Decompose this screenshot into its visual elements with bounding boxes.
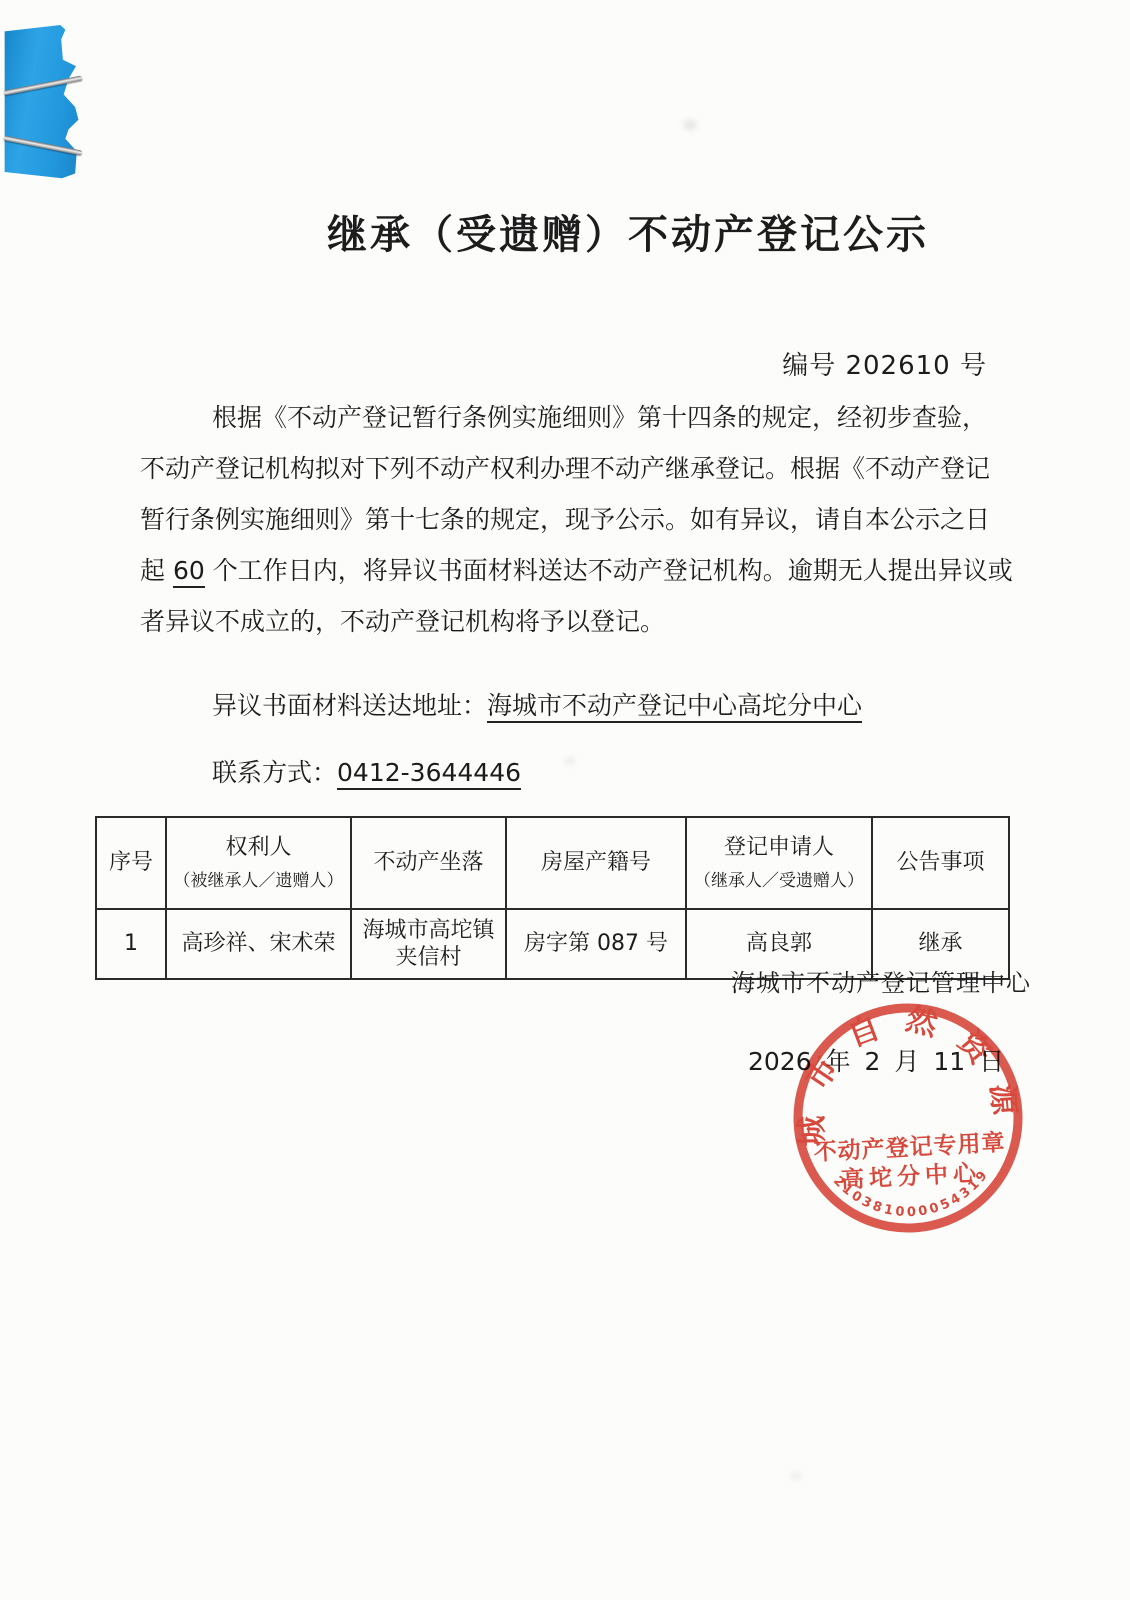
body-line-3: 暂行条例实施细则》第十七条的规定，现予公示。如有异议，请自本公示之日	[140, 494, 1037, 545]
cell-house-no: 房字第 087 号	[506, 909, 686, 979]
document-number: 编号 202610 号	[782, 345, 987, 382]
address-value-underlined: 海城市不动产登记中心高坨分中心	[487, 691, 862, 723]
cell-seq: 1	[96, 909, 166, 979]
scanned-document-page: 继承（受遗赠）不动产登记公示 编号 202610 号 根据《不动产登记暂行条例实…	[0, 0, 1130, 1600]
body-line-4-prefix: 起	[140, 556, 173, 585]
body-line-1: 根据《不动产登记暂行条例实施细则》第十四条的规定，经初步查验，	[140, 392, 1037, 443]
address-label: 异议书面材料送达地址：	[212, 691, 487, 720]
header-holder: 权利人（被继承人／遗赠人）	[166, 817, 351, 909]
body-text: 根据《不动产登记暂行条例实施细则》第十四条的规定，经初步查验， 不动产登记机构拟…	[140, 392, 1037, 798]
contact-label: 联系方式：	[212, 758, 337, 787]
cell-location: 海城市高坨镇夹信村	[351, 909, 506, 979]
body-line-2: 不动产登记机构拟对下列不动产权利办理不动产继承登记。根据《不动产登记	[140, 443, 1037, 494]
registration-table: 序号 权利人（被继承人／遗赠人） 不动产坐落 房屋产籍号 登记申请人（继承人／受…	[95, 816, 1010, 980]
header-applicant-main: 登记申请人	[724, 835, 834, 860]
scan-smudge	[790, 1472, 802, 1480]
page-title: 继承（受遗赠）不动产登记公示	[178, 203, 1078, 260]
body-line-4-suffix: 个工作日内，将异议书面材料送达不动产登记机构。逾期无人提出异议或	[205, 556, 1013, 585]
binder-clip-icon	[3, 25, 85, 183]
contact-phone-underlined: 0412-3644446	[337, 758, 521, 790]
address-line: 异议书面材料送达地址：海城市不动产登记中心高坨分中心	[140, 680, 1037, 731]
body-line-4: 起 60 个工作日内，将异议书面材料送达不动产登记机构。逾期无人提出异议或	[140, 545, 1037, 596]
cell-holder: 高珍祥、宋术荣	[166, 909, 351, 979]
header-matter: 公告事项	[872, 817, 1009, 909]
header-holder-sub: （被继承人／遗赠人）	[173, 871, 344, 892]
header-seq: 序号	[96, 817, 166, 909]
deadline-days-underlined: 60	[173, 556, 205, 588]
header-house-no: 房屋产籍号	[506, 817, 686, 909]
body-line-5: 者异议不成立的，不动产登记机构将予以登记。	[140, 596, 1037, 647]
official-seal: 海城市自然资源局 不动产登记专用章 高坨分中心 210381000054319	[777, 987, 1040, 1250]
contact-line: 联系方式：0412-3644446	[140, 747, 1037, 798]
header-applicant-sub: （继承人／受遗赠人）	[693, 871, 865, 892]
header-location: 不动产坐落	[351, 817, 506, 909]
binder-clip-body	[3, 25, 85, 183]
scan-smudge	[683, 120, 697, 130]
table-header-row: 序号 权利人（被继承人／遗赠人） 不动产坐落 房屋产籍号 登记申请人（继承人／受…	[96, 817, 1009, 909]
header-applicant: 登记申请人（继承人／受遗赠人）	[686, 817, 872, 909]
header-holder-main: 权利人	[225, 835, 291, 860]
